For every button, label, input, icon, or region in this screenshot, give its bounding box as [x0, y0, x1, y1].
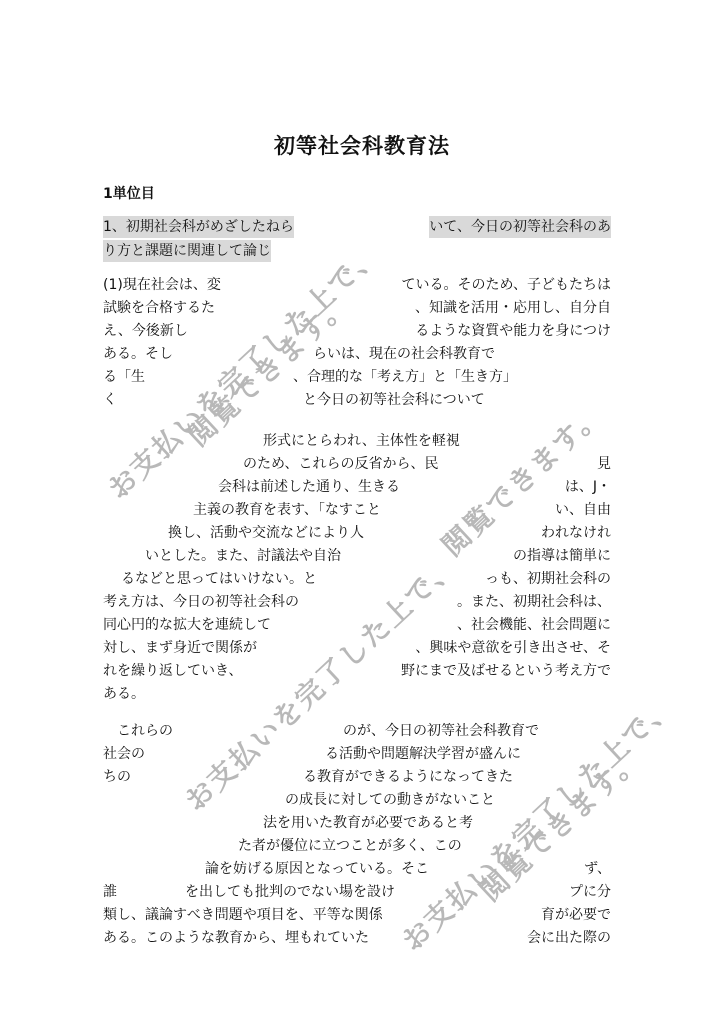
text-fragment: ある。このような教育から、埋もれていた	[103, 927, 369, 949]
text-fragment: く	[103, 389, 117, 411]
paragraph-line: 考え方は、今日の初等社会科の 。また、初期社会科は、	[103, 591, 611, 613]
text-fragment: た者が優位に立つことが多く、この	[238, 835, 462, 857]
text-fragment: の成長に対しての動きがないこと	[285, 789, 495, 811]
text-fragment: これらの	[103, 720, 173, 742]
text-fragment: ある。	[103, 683, 145, 705]
paragraph-line: ある。そし らいは、現在の社会科教育で	[103, 343, 611, 365]
document-page: 初等社会科教育法 1単位目 1、初期社会科がめざしたねら いて、今日の初等社会科…	[0, 0, 724, 1024]
text-fragment: 、社会機能、社会問題に	[457, 614, 611, 636]
text-fragment: るなどと思ってはいけない。と	[121, 568, 317, 590]
text-fragment: プに分	[569, 881, 611, 903]
question-text: り方と課題に関連して論じ	[103, 240, 271, 262]
text-fragment: 会に出た際の	[527, 927, 611, 949]
text-fragment: のが、今日の初等社会科教育で	[343, 720, 539, 742]
paragraph-line: 社会の る活動や問題解決学習が盛んに	[103, 743, 611, 765]
paragraph-line: ある。	[103, 683, 611, 705]
text-fragment: 考え方は、今日の初等社会科の	[103, 591, 299, 613]
text-fragment: と今日の初等社会科について	[303, 389, 485, 411]
text-fragment: 対し、まず身近で関係が	[103, 637, 257, 659]
text-fragment: 、合理的な「考え方」と「生き方」	[293, 366, 517, 388]
text-fragment: いとした。また、討議法や自治	[145, 545, 341, 567]
paragraph-line: いとした。また、討議法や自治 の指導は簡単に	[103, 545, 611, 567]
paragraph-line: 類し、議論すべき問題や項目を、平等な関係 育が必要で	[103, 904, 611, 926]
text-fragment: る「生	[103, 366, 145, 388]
paragraph-line: るなどと思ってはいけない。と っも、初期社会科の	[103, 568, 611, 590]
text-fragment: れを繰り返していき、	[103, 660, 242, 682]
text-fragment: 主義の教育を表す、「なすこと	[193, 499, 381, 521]
text-fragment: ず、	[584, 858, 611, 880]
text-fragment: 換し、活動や交流などにより人	[168, 522, 364, 544]
text-fragment: 、興味や意欲を引き出させ、そ	[415, 637, 611, 659]
paragraph-line: 主義の教育を表す、「なすこと い、自由	[103, 499, 611, 521]
text-fragment: 社会の	[103, 743, 145, 765]
question-text: いて、今日の初等社会科のあ	[429, 216, 611, 238]
text-fragment: 同心円的な拡大を連続して	[103, 614, 271, 636]
text-fragment: 論を妨げる原因となっている。そこ	[205, 858, 429, 880]
unit-label: 1単位目	[103, 183, 155, 203]
text-fragment: 試験を合格するた	[103, 297, 215, 319]
document-title: 初等社会科教育法	[0, 130, 724, 160]
text-fragment: っも、初期社会科の	[485, 568, 611, 590]
text-fragment: を出しても批判のでない場を設け	[185, 881, 395, 903]
text-fragment: るような資質や能力を身につけ	[415, 320, 611, 342]
text-fragment: 野にまで及ばせるという考え方で	[401, 660, 611, 682]
text-fragment: ちの	[103, 766, 131, 788]
text-fragment: 法を用いた教育が必要であると考	[263, 812, 473, 834]
text-fragment: 見	[597, 453, 611, 475]
text-fragment: る教育ができるようになってきた	[303, 766, 513, 788]
text-fragment: 誰	[103, 881, 117, 903]
text-fragment: 。また、初期社会科は、	[457, 591, 611, 613]
text-fragment: ている。そのため、子どもたちは	[402, 274, 611, 296]
text-fragment: の指導は簡単に	[513, 545, 611, 567]
paragraph-line: え、今後新し るような資質や能力を身につけ	[103, 320, 611, 342]
text-fragment: は、J・	[565, 476, 611, 498]
text-fragment: い、自由	[555, 499, 611, 521]
text-fragment: らいは、現在の社会科教育で	[313, 343, 495, 365]
paragraph-line: これらの のが、今日の初等社会科教育で	[103, 720, 611, 742]
paragraph-line: 誰 を出しても批判のでない場を設け プに分	[103, 881, 611, 903]
text-fragment: 類し、議論すべき問題や項目を、平等な関係	[103, 904, 383, 926]
text-fragment: ある。そし	[103, 343, 173, 365]
text-fragment: (1)現在社会は、変	[103, 274, 221, 296]
text-fragment: 形式にとらわれ、主体性を軽視	[263, 430, 460, 452]
text-fragment: る活動や問題解決学習が盛んに	[325, 743, 521, 765]
text-fragment: 、知識を活用・応用し、自分自	[415, 297, 611, 319]
paragraph-line: る「生 、合理的な「考え方」と「生き方」	[103, 366, 611, 388]
text-fragment: のため、これらの反省から、民	[243, 453, 438, 475]
text-fragment: え、今後新し	[103, 320, 188, 342]
paragraph-line: 試験を合格するた 、知識を活用・応用し、自分自	[103, 297, 611, 319]
paragraph-line: ある。このような教育から、埋もれていた 会に出た際の	[103, 927, 611, 949]
question-text: 1、初期社会科がめざしたねら	[103, 216, 294, 238]
text-fragment: 会科は前述した通り、生きる	[218, 476, 400, 498]
text-fragment: 育が必要で	[541, 904, 611, 926]
text-fragment: われなけれ	[541, 522, 611, 544]
paragraph-line: 換し、活動や交流などにより人 われなけれ	[103, 522, 611, 544]
